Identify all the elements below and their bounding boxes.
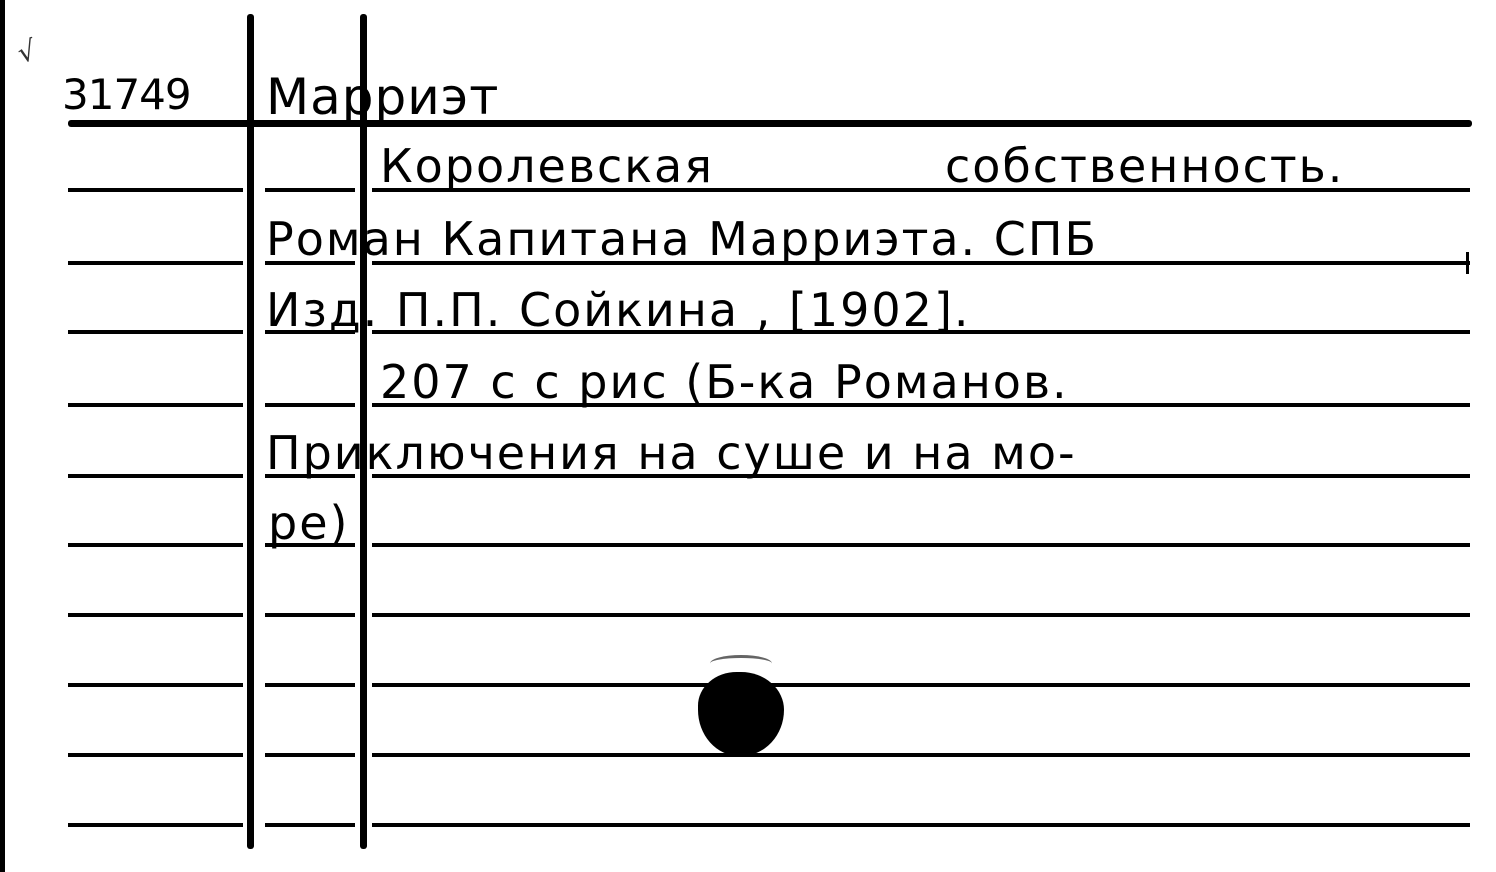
ruled-line xyxy=(68,683,243,687)
ruled-line xyxy=(265,188,355,192)
ruled-line xyxy=(372,753,1470,757)
ruled-line xyxy=(372,683,1470,687)
ruled-line xyxy=(68,753,243,757)
ruled-line xyxy=(68,613,243,617)
ruled-line xyxy=(68,261,243,265)
ruled-line xyxy=(265,823,355,827)
ruled-line xyxy=(265,683,355,687)
punch-hole-icon xyxy=(698,672,784,756)
column-rule-left xyxy=(247,14,254,849)
ruled-line xyxy=(68,474,243,478)
ruled-line xyxy=(265,403,355,407)
catalog-number: 31749 xyxy=(62,74,191,116)
ruled-line xyxy=(372,543,1470,547)
series-line-end: ре) xyxy=(268,500,349,546)
ruled-line xyxy=(68,188,243,192)
ruled-line xyxy=(265,613,355,617)
ruled-line xyxy=(68,403,243,407)
ruled-line xyxy=(372,823,1470,827)
ink-tick xyxy=(1466,252,1469,274)
ruled-line xyxy=(68,823,243,827)
publisher-line: Изд. П.П. Сойкина , [1902]. xyxy=(266,287,971,333)
title-line-2: Роман Капитана Марриэта. СПБ xyxy=(266,216,1098,262)
title-line-1a: Королевская xyxy=(380,143,714,189)
check-mark-icon: √ xyxy=(15,36,41,68)
ruled-line xyxy=(68,543,243,547)
series-line: Приключения на суше и на мо- xyxy=(266,430,1077,476)
ruled-line xyxy=(265,753,355,757)
ruled-line xyxy=(372,613,1470,617)
scan-edge-bar xyxy=(0,0,5,872)
pagination-line: 207 с с рис (Б-ка Романов. xyxy=(380,359,1069,405)
author-heading: Марриэт xyxy=(266,72,499,122)
punch-hole-rim xyxy=(710,655,772,672)
title-line-1b: собственность. xyxy=(945,143,1344,189)
ruled-line xyxy=(68,330,243,334)
